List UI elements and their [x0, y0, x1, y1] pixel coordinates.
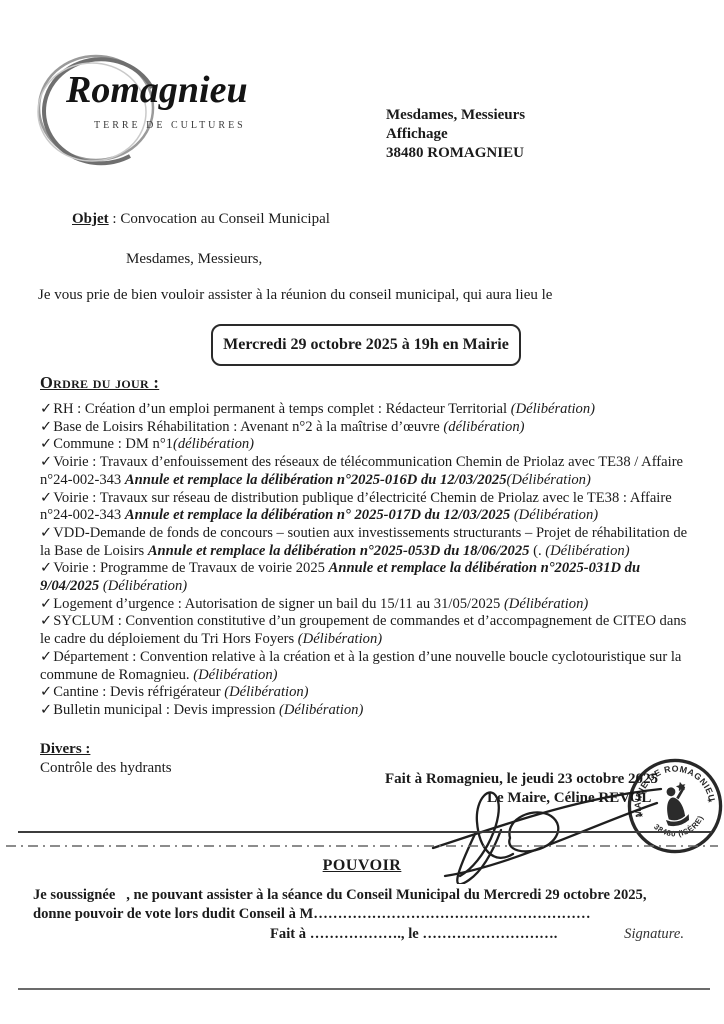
subject-label: Objet [72, 211, 109, 227]
pouvoir-heading: POUVOIR [0, 857, 724, 875]
subject-line: Objet : Convocation au Conseil Municipal [72, 211, 330, 228]
check-icon: ✓ [40, 454, 52, 470]
agenda-item: ✓VDD-Demande de fonds de concours – sout… [40, 525, 692, 560]
agenda-item: ✓Commune : DM n°1(délibération) [40, 436, 692, 454]
agenda-item: ✓Bulletin municipal : Devis impression (… [40, 702, 692, 720]
meeting-date-box: Mercredi 29 octobre 2025 à 19h en Mairie [211, 324, 521, 366]
check-icon: ✓ [40, 560, 52, 576]
agenda-item: ✓RH : Création d’un emploi permanent à t… [40, 401, 692, 419]
logo: Romagnieu TERRE DE CULTURES [34, 36, 264, 171]
agenda-item-text: Voirie : Programme de Travaux de voirie … [53, 560, 328, 576]
agenda-item-text: (Délibération) [298, 631, 382, 647]
agenda-item-text: (Délibération) [507, 472, 591, 488]
agenda-item-text: (Délibération) [511, 401, 595, 417]
solid-divider-line [18, 831, 712, 833]
stamp-emblem [659, 781, 694, 828]
agenda-item-text: (Délibération) [504, 596, 588, 612]
agenda-item: ✓Voirie : Programme de Travaux de voirie… [40, 560, 692, 595]
check-icon: ✓ [40, 401, 52, 417]
agenda-item-text: (Délibération) [279, 702, 363, 718]
agenda-item-text: (délibération) [173, 436, 254, 452]
agenda-item-text: Annule et remplace la délibération n°202… [125, 472, 507, 488]
check-icon: ✓ [40, 596, 52, 612]
recipient-block: Mesdames, Messieurs Affichage 38480 ROMA… [386, 106, 525, 163]
pouvoir-heading-text: POUVOIR [323, 857, 402, 874]
agenda-item-text: (Délibération) [224, 684, 308, 700]
agenda-item: ✓SYCLUM : Convention constitutive d’un g… [40, 613, 692, 648]
agenda-item-text: Cantine : Devis réfrigérateur [53, 684, 224, 700]
check-icon: ✓ [40, 613, 52, 629]
pouvoir-line2: donne pouvoir de vote lors dudit Conseil… [33, 906, 591, 923]
check-icon: ✓ [40, 525, 52, 541]
agenda-item: ✓Voirie : Travaux d’enfouissement des ré… [40, 454, 692, 489]
logo-tagline: TERRE DE CULTURES [94, 120, 246, 131]
agenda-item-text: (Délibération) [193, 667, 277, 683]
pouvoir-line1: Je soussignée , ne pouvant assister à la… [33, 887, 647, 904]
signature-label: Signature. [624, 926, 684, 943]
agenda-item: ✓Base de Loisirs Réhabilitation : Avenan… [40, 419, 692, 437]
check-icon: ✓ [40, 702, 52, 718]
agenda-item: ✓Voirie : Travaux sur réseau de distribu… [40, 490, 692, 525]
divers-text: Contrôle des hydrants [40, 760, 172, 777]
recipient-line: 38480 ROMAGNIEU [386, 144, 525, 163]
document-page: Romagnieu TERRE DE CULTURES Mesdames, Me… [0, 0, 724, 1024]
recipient-line: Mesdames, Messieurs [386, 106, 525, 125]
pouvoir-fait-row: Fait à ………………., le ………………………. Signature. [270, 926, 684, 943]
logo-name: Romagnieu [65, 69, 248, 111]
agenda-item-text: Annule et remplace la délibération n°202… [148, 543, 530, 559]
agenda-item-text: (Délibération) [545, 543, 629, 559]
agenda-item-text: Annule et remplace la délibération n° 20… [125, 507, 510, 523]
agenda-item-text: (Délibération) [510, 507, 598, 523]
logo-graphic: Romagnieu TERRE DE CULTURES [34, 36, 264, 166]
agenda-item-text: Base de Loisirs Réhabilitation : Avenant… [53, 419, 443, 435]
agenda-item-text: Département : Convention relative à la c… [40, 649, 681, 683]
agenda-item-text: Logement d’urgence : Autorisation de sig… [53, 596, 504, 612]
agenda-list: ✓RH : Création d’un emploi permanent à t… [40, 401, 692, 720]
agenda-item-text: RH : Création d’un emploi permanent à te… [53, 401, 510, 417]
bottom-divider-line [18, 988, 710, 990]
check-icon: ✓ [40, 649, 52, 665]
check-icon: ✓ [40, 419, 52, 435]
agenda-item-text: (. [529, 543, 545, 559]
fait-blanks: Fait à ………………., le ………………………. [270, 926, 557, 943]
subject-text: : Convocation au Conseil Municipal [109, 211, 330, 227]
check-icon: ✓ [40, 684, 52, 700]
intro-line: Je vous prie de bien vouloir assister à … [38, 287, 552, 304]
agenda-item-text: Commune : DM n°1 [53, 436, 173, 452]
salutation: Mesdames, Messieurs, [126, 251, 262, 268]
agenda-item: ✓Logement d’urgence : Autorisation de si… [40, 596, 692, 614]
agenda-item: ✓Cantine : Devis réfrigérateur (Délibéra… [40, 684, 692, 702]
agenda-item-text: (délibération) [443, 419, 524, 435]
check-icon: ✓ [40, 436, 52, 452]
divers-heading: Divers : [40, 741, 90, 758]
agenda-heading: Ordre du jour : [40, 373, 159, 393]
recipient-line: Affichage [386, 125, 525, 144]
agenda-item-text: (Délibération) [99, 578, 187, 594]
agenda-item-text: Bulletin municipal : Devis impression [53, 702, 279, 718]
stamp-star-left-icon: ★ [637, 811, 645, 820]
dash-dot-divider-line [6, 844, 718, 848]
check-icon: ✓ [40, 490, 52, 506]
agenda-item: ✓Département : Convention relative à la … [40, 649, 692, 684]
